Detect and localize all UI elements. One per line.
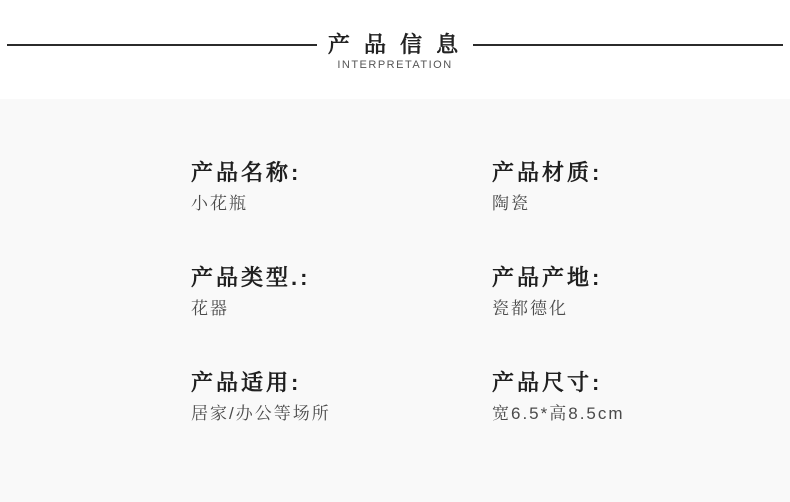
field-product-origin: 产品产地: 瓷都德化 (492, 265, 790, 320)
field-product-name: 产品名称: 小花瓶 (191, 160, 492, 215)
divider-line-left (7, 44, 317, 46)
field-value: 陶瓷 (492, 193, 790, 215)
field-product-usage: 产品适用: 居家/办公等场所 (191, 370, 492, 425)
field-product-type: 产品类型.: 花器 (191, 265, 492, 320)
field-label: 产品材质: (492, 160, 790, 186)
section-header: 产 品 信 息 INTERPRETATION (0, 33, 790, 72)
field-label: 产品名称: (191, 160, 492, 186)
field-value: 宽6.5*高8.5cm (492, 403, 790, 425)
field-value: 小花瓶 (191, 193, 492, 215)
product-details-section: 产品名称: 小花瓶 产品材质: 陶瓷 产品类型.: 花器 产品产地: 瓷都德化 … (0, 99, 790, 502)
field-value: 花器 (191, 298, 492, 320)
header-title-block: 产 品 信 息 INTERPRETATION (328, 33, 462, 72)
field-product-size: 产品尺寸: 宽6.5*高8.5cm (492, 370, 790, 425)
field-label: 产品产地: (492, 265, 790, 291)
field-value: 居家/办公等场所 (191, 403, 492, 425)
page-title: 产 品 信 息 (328, 33, 462, 57)
field-label: 产品类型.: (191, 265, 492, 291)
product-fields-grid: 产品名称: 小花瓶 产品材质: 陶瓷 产品类型.: 花器 产品产地: 瓷都德化 … (0, 99, 790, 425)
field-value: 瓷都德化 (492, 298, 790, 320)
page-subtitle: INTERPRETATION (328, 59, 462, 72)
field-label: 产品适用: (191, 370, 492, 396)
field-label: 产品尺寸: (492, 370, 790, 396)
divider-line-right (473, 44, 783, 46)
product-info-panel: 产 品 信 息 INTERPRETATION 产品名称: 小花瓶 产品材质: 陶… (0, 0, 790, 502)
field-product-material: 产品材质: 陶瓷 (492, 160, 790, 215)
